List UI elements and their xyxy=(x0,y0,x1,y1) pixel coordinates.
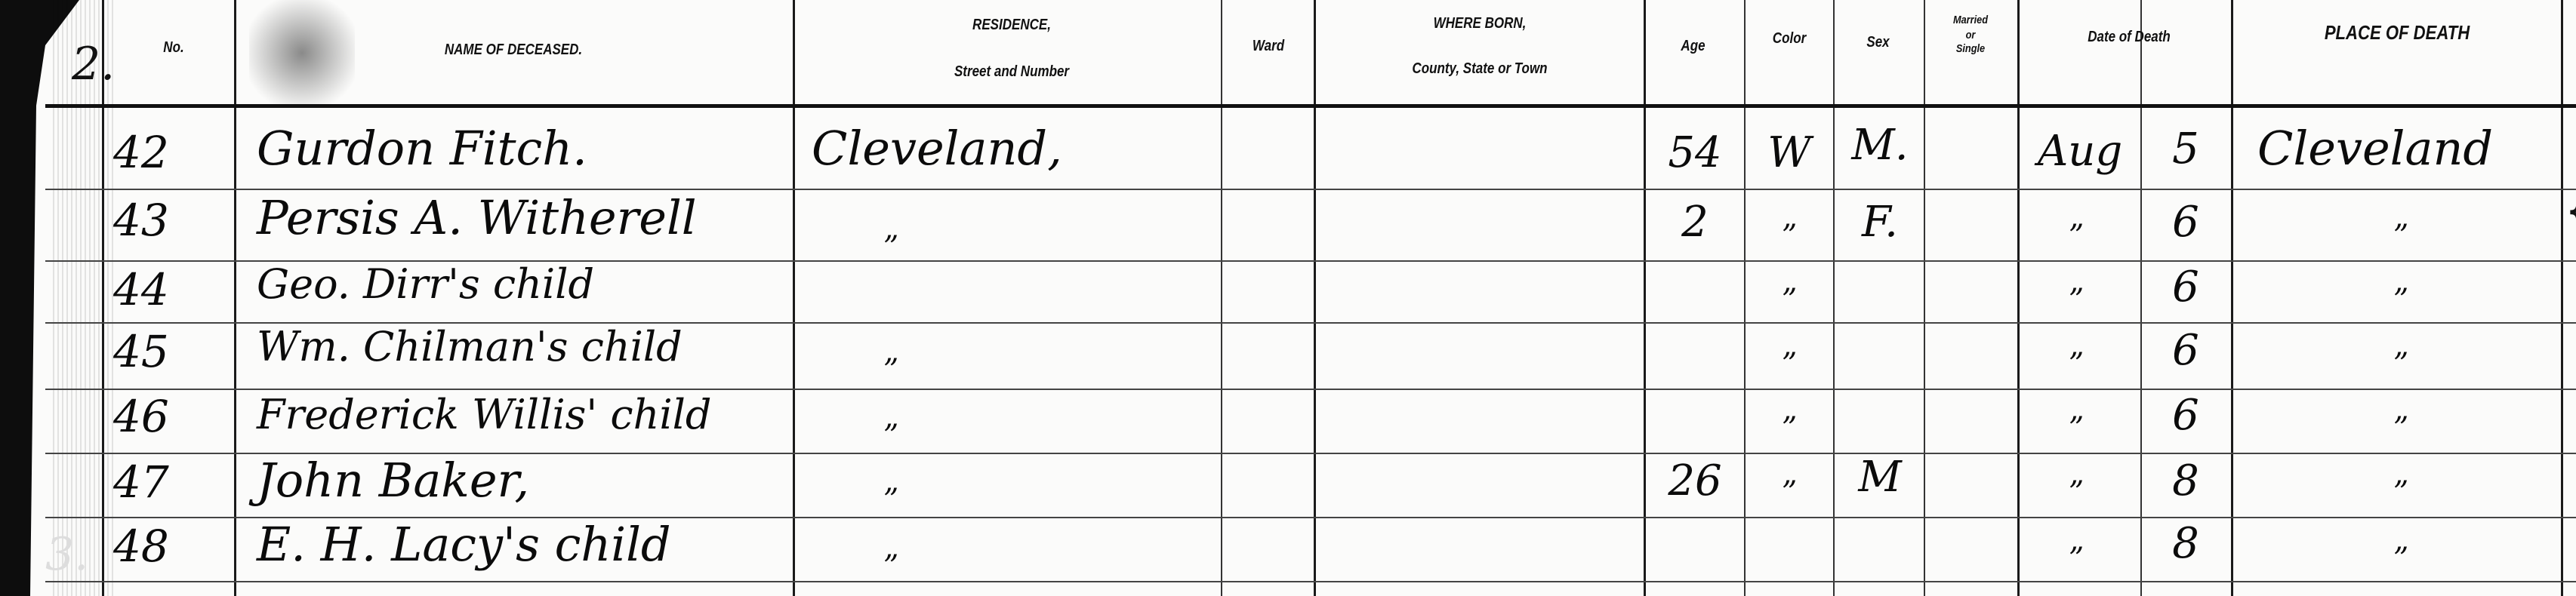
record-color: ” xyxy=(1759,219,1820,253)
rule-age-right xyxy=(1744,0,1746,596)
margin-mark-bottom: 3. xyxy=(45,528,88,581)
record-month: ” xyxy=(2046,475,2106,510)
record-sex: M. xyxy=(1838,121,1921,170)
rule-no-right xyxy=(234,0,236,596)
rule-sex-right xyxy=(1924,0,1925,596)
record-month: ” xyxy=(2046,411,2106,446)
rule-name-right xyxy=(793,0,795,596)
rule-marital-right xyxy=(2017,0,2020,596)
record-residence: ” xyxy=(861,483,921,518)
record-name: E. H. Lacy's child xyxy=(257,517,671,572)
row-rule xyxy=(45,389,2576,390)
record-color: W xyxy=(1752,128,1827,177)
record-color: ” xyxy=(1759,475,1820,510)
record-name: Persis A. Witherell xyxy=(257,190,697,245)
record-day: 6 xyxy=(2144,198,2227,247)
header-marital-3: Single xyxy=(1935,44,2006,54)
record-age: 54 xyxy=(1653,128,1736,177)
record-place: ” xyxy=(2378,347,2423,382)
record-place: ” xyxy=(2378,475,2423,510)
record-month: ” xyxy=(2046,542,2106,576)
record-place: ” xyxy=(2378,542,2423,576)
record-no: 47 xyxy=(113,456,169,508)
header-no: No. xyxy=(142,39,206,57)
margin-mark-top: 2. xyxy=(72,38,115,91)
rule-month-right xyxy=(2140,0,2142,596)
record-day: 6 xyxy=(2144,391,2227,440)
header-place-of-death: PLACE OF DEATH xyxy=(2291,21,2504,45)
header-rule xyxy=(45,104,2576,108)
record-place: Cleveland xyxy=(2257,121,2493,176)
record-place: ” xyxy=(2378,219,2423,253)
record-name: Frederick Willis' child xyxy=(257,391,711,438)
record-day: 8 xyxy=(2144,519,2227,568)
record-no: 46 xyxy=(113,391,169,442)
header-residence-1: RESIDENCE, xyxy=(890,17,1134,34)
record-day: 5 xyxy=(2144,124,2227,174)
header-ward: Ward xyxy=(1233,38,1304,55)
record-day: 6 xyxy=(2144,263,2227,312)
ledger-page: No. NAME OF DECEASED. RESIDENCE, Street … xyxy=(0,0,2576,596)
header-marital-1: Married xyxy=(1935,15,2006,26)
record-place: ” xyxy=(2378,283,2423,318)
header-date-of-death: Date of Death xyxy=(2046,29,2213,46)
rule-ward-right xyxy=(1314,0,1316,596)
record-month: ” xyxy=(2046,347,2106,382)
record-color: ” xyxy=(1759,411,1820,446)
header-name: NAME OF DECEASED. xyxy=(398,41,629,59)
record-no: 44 xyxy=(113,264,169,315)
header-born-1: WHERE BORN, xyxy=(1358,15,1602,32)
rule-place-right xyxy=(2561,0,2563,596)
rule-born-right xyxy=(1644,0,1646,596)
record-name: John Baker, xyxy=(257,453,529,508)
record-residence: ” xyxy=(861,230,921,265)
record-no: 48 xyxy=(113,521,169,572)
record-age: 26 xyxy=(1653,456,1736,505)
record-no: 45 xyxy=(113,326,169,377)
rule-date-right xyxy=(2231,0,2233,596)
record-day: 8 xyxy=(2144,456,2227,505)
rule-residence-right xyxy=(1221,0,1222,596)
record-color: ” xyxy=(1759,347,1820,382)
record-month: ” xyxy=(2046,283,2106,318)
record-color: ” xyxy=(1759,283,1820,318)
record-sex: F. xyxy=(1838,198,1921,247)
record-day: 6 xyxy=(2144,326,2227,375)
record-sex: M xyxy=(1838,453,1921,502)
record-residence: ” xyxy=(861,549,921,584)
record-no: 43 xyxy=(113,195,169,246)
brace-mark: { xyxy=(2565,160,2576,257)
row-rule xyxy=(45,581,2576,582)
record-no: 42 xyxy=(113,127,169,178)
header-residence-2: Street and Number xyxy=(890,63,1134,81)
record-residence: ” xyxy=(861,353,921,388)
record-month: ” xyxy=(2046,219,2106,253)
header-sex: Sex xyxy=(1841,34,1915,51)
header-age: Age xyxy=(1653,38,1733,55)
record-name: Geo. Dirr's child xyxy=(257,260,594,308)
rule-color-right xyxy=(1833,0,1835,596)
record-name: Wm. Chilman's child xyxy=(257,323,683,370)
header-marital-2: or xyxy=(1935,30,2006,41)
record-age: 2 xyxy=(1653,198,1736,247)
header-color: Color xyxy=(1754,30,1825,48)
header-born-2: County, State or Town xyxy=(1358,60,1602,78)
record-name: Gurdon Fitch. xyxy=(257,121,587,176)
record-month: Aug xyxy=(2023,127,2137,176)
record-place: ” xyxy=(2378,411,2423,446)
ink-smudge xyxy=(249,0,355,106)
record-residence: Cleveland, xyxy=(812,121,1062,176)
record-residence: ” xyxy=(861,419,921,453)
